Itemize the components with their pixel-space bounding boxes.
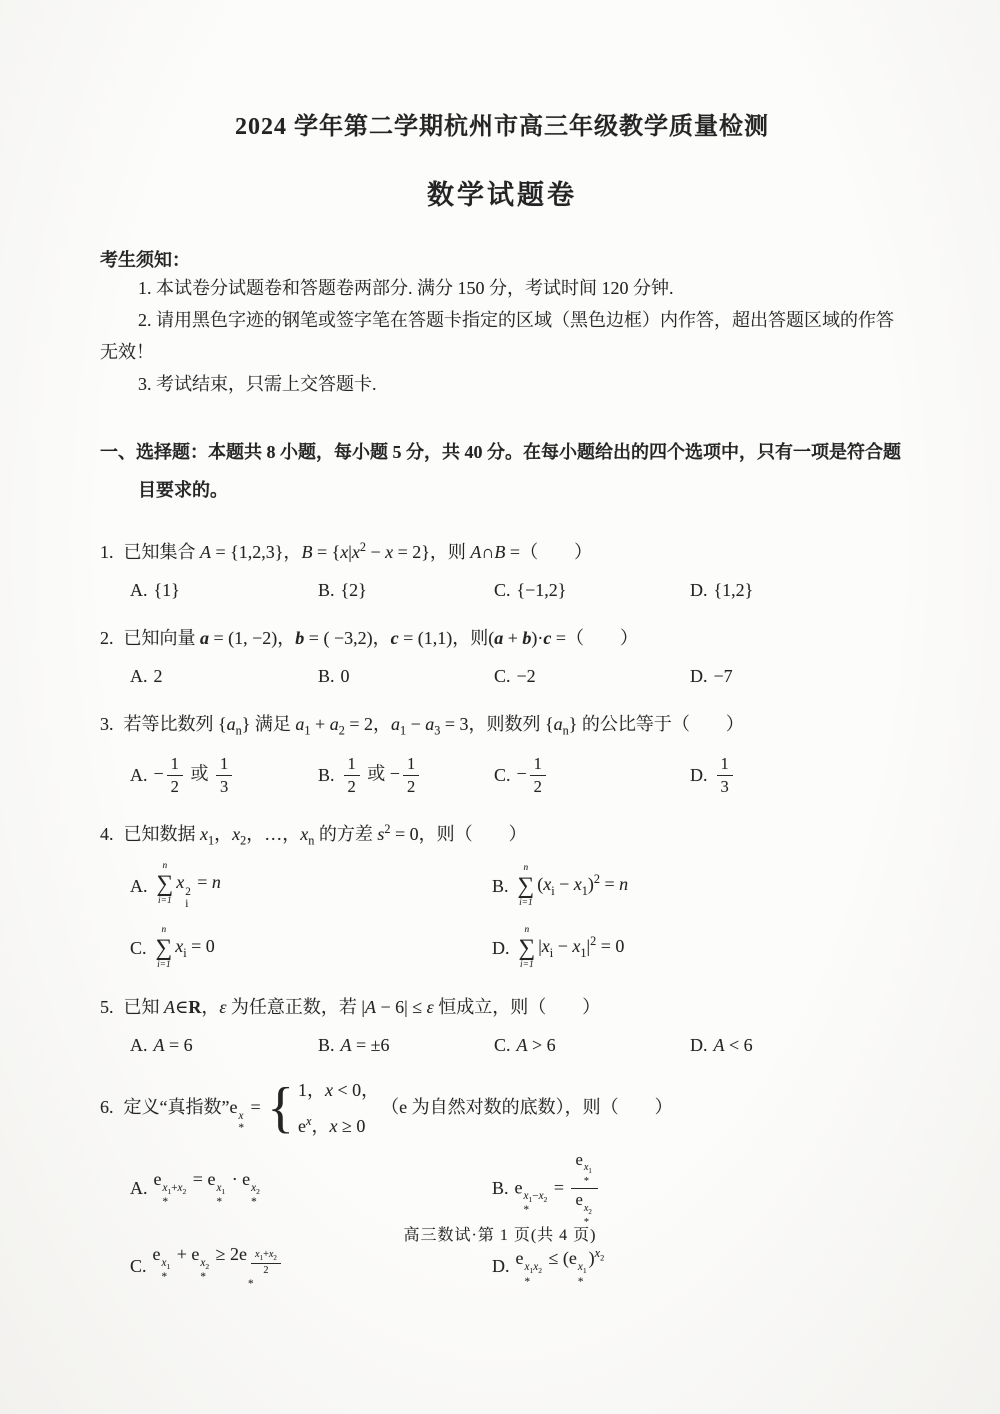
page-footer: 高三数试·第 1 页(共 4 页) <box>0 1222 1000 1245</box>
question-3-stem: 3.若等比数列 {an} 满足 a1 + a2 = 2，a1 − a3 = 3，… <box>100 711 904 740</box>
candidate-notice: 考生须知： 1. 本试卷分试题卷和答题卷两部分. 满分 150 分，考试时间 1… <box>100 246 904 400</box>
option-value: n∑i=1(xi − x1)2 = n <box>515 864 629 908</box>
question-1-stem: 1.已知集合 A = {1,2,3}，B = {x|x2 − x = 2}，则 … <box>100 538 904 566</box>
option-value: {2} <box>341 580 367 601</box>
question-2: 2.已知向量 a = (1, −2)，b = ( −3,2)，c = (1,1)… <box>100 625 904 687</box>
option-value: −12 或 13 <box>154 754 236 797</box>
option-label: C. <box>130 1256 147 1277</box>
option-label: A. <box>130 765 148 786</box>
option-value: ex1−x2* = ex1*ex2* <box>515 1150 601 1228</box>
option-label: B. <box>492 1178 509 1199</box>
section-header-choice-questions: 一、选择题：本题共 8 小题，每小题 5 分，共 40 分。在每小题给出的四个选… <box>100 434 904 510</box>
option-value: {1} <box>154 580 180 601</box>
option-label: D. <box>492 1256 510 1277</box>
option-label: A. <box>130 876 148 897</box>
option-label: C. <box>494 1035 511 1056</box>
question-3: 3.若等比数列 {an} 满足 a1 + a2 = 2，a1 − a3 = 3，… <box>100 711 904 797</box>
option-value: {1,2} <box>714 580 754 601</box>
question-3-option-d: D.13 <box>690 754 904 797</box>
question-3-options: A.−12 或 13 B.12 或 −12 C.−12 D.13 <box>130 754 904 797</box>
option-value: ex1x2* ≤ (ex1*)x2 <box>516 1246 605 1288</box>
option-value: ex1+x2* = ex1* · ex2* <box>154 1169 262 1209</box>
option-label: A. <box>130 580 148 601</box>
question-4-text: 已知数据 x1，x2，…，xn 的方差 s2 = 0，则（ ） <box>124 824 527 844</box>
option-label: D. <box>690 666 708 687</box>
question-6-text: 定义“真指数”ex* = {1，x < 0，ex，x ≥ 0（e 为自然对数的底… <box>124 1097 673 1117</box>
question-2-option-c: C.−2 <box>494 666 690 687</box>
option-value: A < 6 <box>714 1035 753 1056</box>
question-4-option-c: C.n∑i=1xi = 0 <box>130 926 492 970</box>
option-value: n∑i=1|xi − x1|2 = 0 <box>516 926 625 970</box>
question-6-option-c: C.ex1* + ex2* ≥ 2ex1+x22* <box>130 1244 492 1290</box>
question-5-number: 5. <box>100 997 114 1017</box>
option-value: A = 6 <box>154 1035 193 1056</box>
question-4-option-b: B.n∑i=1(xi − x1)2 = n <box>492 864 904 908</box>
question-1: 1.已知集合 A = {1,2,3}，B = {x|x2 − x = 2}，则 … <box>100 538 904 601</box>
option-value: 12 或 −12 <box>341 754 423 797</box>
question-3-text: 若等比数列 {an} 满足 a1 + a2 = 2，a1 − a3 = 3，则数… <box>124 714 744 734</box>
question-4: 4.已知数据 x1，x2，…，xn 的方差 s2 = 0，则（ ） A.n∑i=… <box>100 820 904 970</box>
question-5-option-a: A.A = 6 <box>130 1035 318 1056</box>
option-label: C. <box>130 938 147 959</box>
option-value: ex1* + ex2* ≥ 2ex1+x22* <box>153 1244 286 1290</box>
option-label: A. <box>130 1035 148 1056</box>
notice-heading: 考生须知： <box>100 246 904 272</box>
option-label: D. <box>690 765 708 786</box>
option-label: B. <box>492 876 509 897</box>
question-2-option-a: A.2 <box>130 666 318 687</box>
question-2-option-b: B.0 <box>318 666 494 687</box>
question-5-option-b: B.A = ±6 <box>318 1035 494 1056</box>
option-label: B. <box>318 765 335 786</box>
question-4-option-a: A.n∑i=1x2i = n <box>130 862 492 910</box>
option-label: C. <box>494 765 511 786</box>
question-1-option-c: C.{−1,2} <box>494 580 690 601</box>
notice-item-2: 2. 请用黑色字迹的钢笔或签字笔在答题卡指定的区域（黑色边框）内作答，超出答题区… <box>100 304 904 368</box>
question-5-option-c: C.A > 6 <box>494 1035 690 1056</box>
question-2-stem: 2.已知向量 a = (1, −2)，b = ( −3,2)，c = (1,1)… <box>100 625 904 652</box>
question-6-option-b: B.ex1−x2* = ex1*ex2* <box>492 1150 904 1228</box>
question-1-option-a: A.{1} <box>130 580 318 601</box>
option-value: −7 <box>714 666 733 687</box>
question-3-number: 3. <box>100 714 114 734</box>
question-2-number: 2. <box>100 628 114 648</box>
question-5-text: 已知 A∈R，ε 为任意正数，若 |A − 6| ≤ ε 恒成立，则（ ） <box>124 997 601 1017</box>
option-value: 2 <box>154 666 163 687</box>
question-3-option-b: B.12 或 −12 <box>318 754 494 797</box>
option-value: A = ±6 <box>341 1035 390 1056</box>
option-label: D. <box>690 580 708 601</box>
question-5-option-d: D.A < 6 <box>690 1035 904 1056</box>
question-4-option-d: D.n∑i=1|xi − x1|2 = 0 <box>492 926 904 970</box>
option-value: 13 <box>714 754 736 797</box>
question-6-option-d: D.ex1x2* ≤ (ex1*)x2 <box>492 1246 904 1288</box>
option-label: A. <box>130 1178 148 1199</box>
option-value: {−1,2} <box>517 580 567 601</box>
exam-paper-page: 2024 学年第二学期杭州市高三年级教学质量检测 数学试题卷 考生须知： 1. … <box>0 0 1000 1414</box>
question-6-stem: 6.定义“真指数”ex* = {1，x < 0，ex，x ≥ 0（e 为自然对数… <box>100 1080 904 1137</box>
question-5-options: A.A = 6 B.A = ±6 C.A > 6 D.A < 6 <box>130 1035 904 1056</box>
question-1-option-b: B.{2} <box>318 580 494 601</box>
option-label: C. <box>494 666 511 687</box>
page-title: 2024 学年第二学期杭州市高三年级教学质量检测 <box>100 106 904 141</box>
question-3-option-c: C.−12 <box>494 754 690 797</box>
option-value: n∑i=1x2i = n <box>154 862 221 910</box>
option-value: −12 <box>517 754 549 797</box>
question-4-number: 4. <box>100 824 114 844</box>
notice-item-1: 1. 本试卷分试题卷和答题卷两部分. 满分 150 分，考试时间 120 分钟. <box>100 272 904 304</box>
option-value: −2 <box>517 666 536 687</box>
question-1-options: A.{1} B.{2} C.{−1,2} D.{1,2} <box>130 580 904 601</box>
option-value: n∑i=1xi = 0 <box>153 926 215 970</box>
option-value: A > 6 <box>517 1035 556 1056</box>
question-6-option-a: A.ex1+x2* = ex1* · ex2* <box>130 1169 492 1209</box>
option-label: D. <box>690 1035 708 1056</box>
page-subtitle: 数学试题卷 <box>100 173 904 212</box>
option-label: D. <box>492 938 510 959</box>
question-4-stem: 4.已知数据 x1，x2，…，xn 的方差 s2 = 0，则（ ） <box>100 820 904 850</box>
question-6-number: 6. <box>100 1097 114 1117</box>
question-1-text: 已知集合 A = {1,2,3}，B = {x|x2 − x = 2}，则 A∩… <box>124 542 593 562</box>
notice-item-3: 3. 考试结束，只需上交答题卡. <box>100 368 904 400</box>
question-2-options: A.2 B.0 C.−2 D.−7 <box>130 666 904 687</box>
option-label: B. <box>318 1035 335 1056</box>
option-label: A. <box>130 666 148 687</box>
option-label: C. <box>494 580 511 601</box>
question-4-options: A.n∑i=1x2i = n B.n∑i=1(xi − x1)2 = n C.n… <box>130 862 904 970</box>
question-5: 5.已知 A∈R，ε 为任意正数，若 |A − 6| ≤ ε 恒成立，则（ ） … <box>100 994 904 1056</box>
option-value: 0 <box>341 666 350 687</box>
option-label: B. <box>318 580 335 601</box>
question-2-option-d: D.−7 <box>690 666 904 687</box>
question-5-stem: 5.已知 A∈R，ε 为任意正数，若 |A − 6| ≤ ε 恒成立，则（ ） <box>100 994 904 1021</box>
question-6: 6.定义“真指数”ex* = {1，x < 0，ex，x ≥ 0（e 为自然对数… <box>100 1080 904 1290</box>
question-6-options: A.ex1+x2* = ex1* · ex2* B.ex1−x2* = ex1*… <box>130 1150 904 1290</box>
question-1-number: 1. <box>100 542 114 562</box>
question-3-option-a: A.−12 或 13 <box>130 754 318 797</box>
question-1-option-d: D.{1,2} <box>690 580 904 601</box>
option-label: B. <box>318 666 335 687</box>
question-2-text: 已知向量 a = (1, −2)，b = ( −3,2)，c = (1,1)，则… <box>124 628 639 648</box>
